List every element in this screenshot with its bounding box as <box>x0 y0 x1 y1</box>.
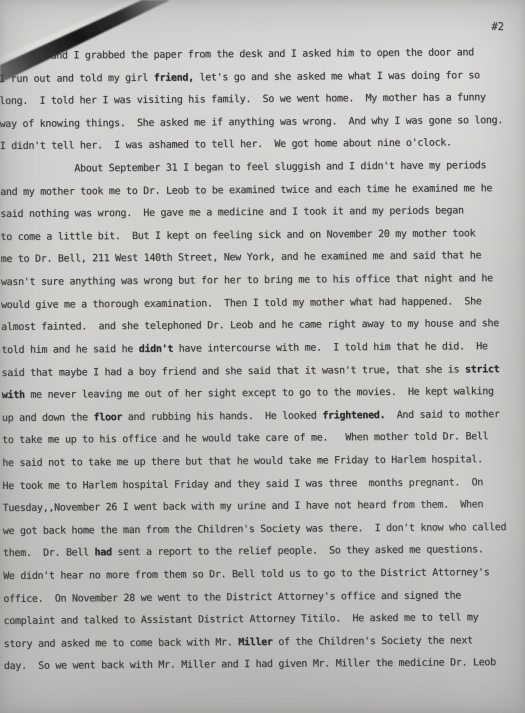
text-line: told him and he said he didn't have inte… <box>1 336 517 363</box>
overstruck-text: Miller <box>238 637 272 648</box>
typewritten-text: way of knowing things. She asked me if a… <box>0 115 503 130</box>
overstruck-text: friend, <box>154 72 194 83</box>
typewritten-text: He took me to Harlem hospital Friday and… <box>2 477 483 492</box>
overstruck-text: didn't <box>139 344 173 355</box>
typewritten-text: and my mother took me to Dr. Leob to be … <box>0 183 492 198</box>
typewritten-text: me to Dr. Bell, 211 West 140th Street, N… <box>1 251 482 266</box>
typewritten-text: to come a little bit. But I kept on feel… <box>0 228 475 243</box>
typewritten-text: Tuesday,,November 26 I went back with my… <box>3 499 484 514</box>
typewritten-text: almost fainted. and she telephoned Dr. L… <box>1 318 499 333</box>
typewritten-text: said that maybe I had a boy friend and s… <box>2 364 465 379</box>
typewritten-text: office. On November 28 we went to the Di… <box>3 590 461 605</box>
overstruck-text: strict <box>465 364 499 375</box>
typewritten-text: told him and he said he <box>1 344 138 356</box>
typewritten-text: complaint and talked to Assistant Distri… <box>4 613 479 628</box>
typewritten-text: would give me a thorough examination. Th… <box>1 296 482 311</box>
typewritten-text: he said not to take me up there but that… <box>2 454 483 469</box>
typewritten-text: said nothing was wrong. He gave me a med… <box>0 206 463 221</box>
scanned-page: #2 ice and I grabbed the paper from the … <box>0 0 525 713</box>
typewritten-text: day. So we went back with Mr. Miller and… <box>4 658 496 673</box>
typewritten-text: I didn't tell her. I was ashamed to tell… <box>0 138 452 153</box>
document-lines: ice and I grabbed the paper from the des… <box>0 42 520 679</box>
typewritten-text: me never leaving me out of her sight exc… <box>25 386 494 401</box>
typewritten-text: up and down the <box>2 412 94 424</box>
typewritten-text: have intercourse with me. I told him tha… <box>173 341 488 354</box>
typewritten-text: ice and I grabbed the paper from the des… <box>0 47 474 62</box>
typewritten-text: long. I told her I was visiting his fami… <box>0 92 486 107</box>
typewritten-text: them. Dr. Bell <box>3 548 95 560</box>
text-line: day. So we went back with Mr. Miller and… <box>4 652 520 679</box>
overstruck-text: with <box>2 390 25 401</box>
typewritten-text: story and asked me to come back with Mr. <box>4 637 239 650</box>
typewritten-text: let's go and she asked me what I was doi… <box>194 70 480 83</box>
typewritten-text: About September 31 I began to feel slugg… <box>0 160 486 175</box>
typewritten-text: And said to mother <box>385 409 500 421</box>
typewritten-text: and rubbing his hands. He looked <box>122 410 322 423</box>
typewritten-text: to take me up to his office and he would… <box>2 432 488 447</box>
typewritten-text: I run out and told my girl <box>0 72 154 84</box>
overstruck-text: floor <box>93 412 122 423</box>
typewritten-text: of the Children's Society the next <box>273 635 473 648</box>
typewritten-text: We didn't hear no more from them so Dr. … <box>3 567 489 582</box>
typewritten-text: sent a report to the relief people. So t… <box>112 545 484 559</box>
typewritten-text: we got back home the man from the Childr… <box>3 522 506 537</box>
typewritten-text: wasn't sure anything was wrong but for h… <box>1 273 493 288</box>
page-number: #2 <box>491 21 504 33</box>
overstruck-text: frightened. <box>322 410 385 421</box>
overstruck-text: had <box>95 548 112 559</box>
